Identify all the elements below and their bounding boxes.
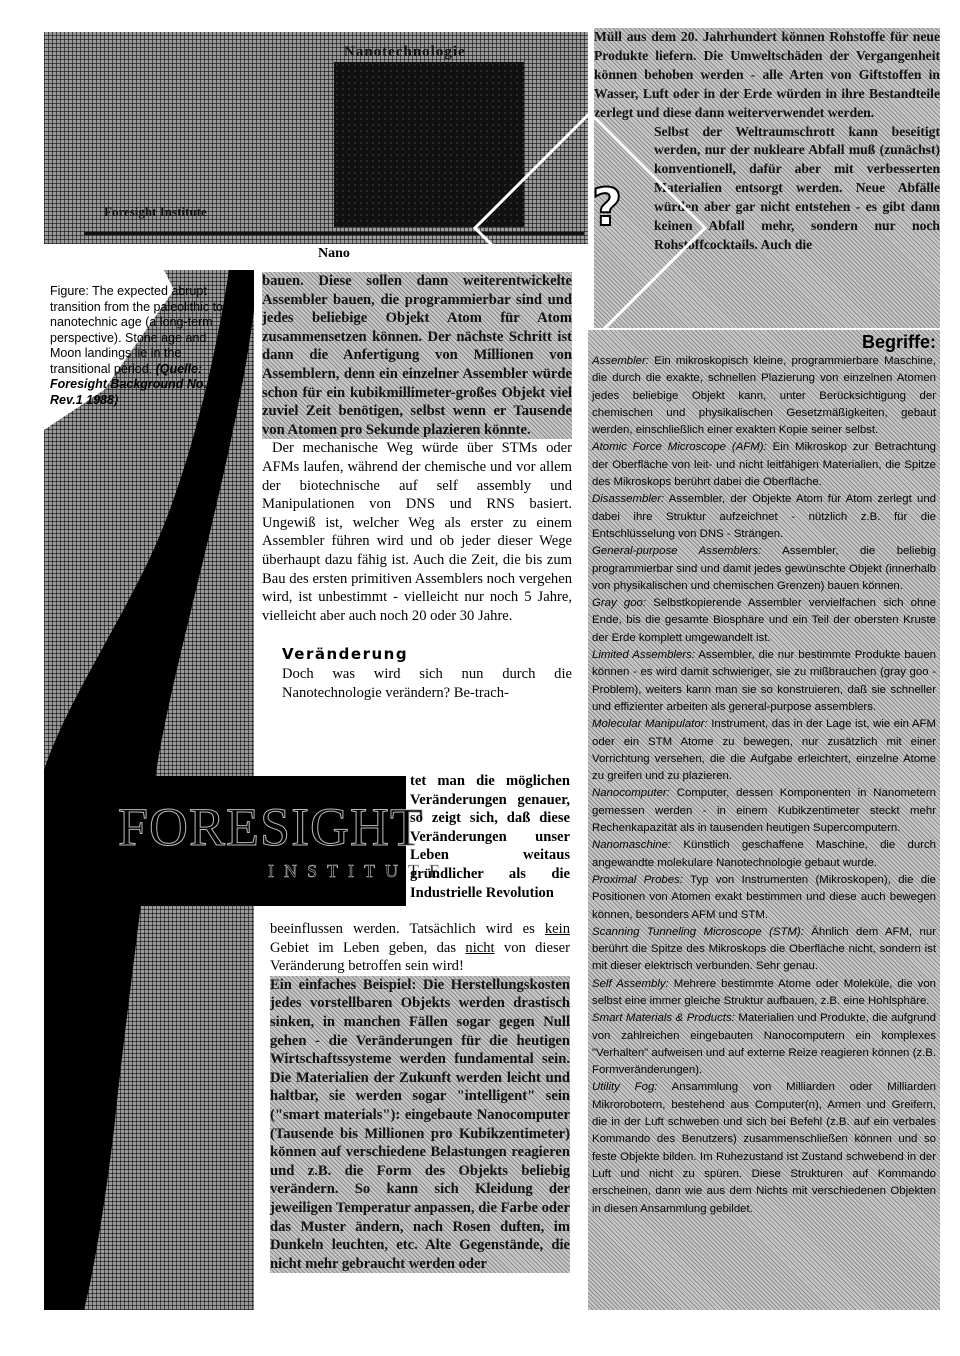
glossary-entry: Atomic Force Microscope (AFM): Ein Mikro… xyxy=(588,439,940,491)
paragraph: Müll aus dem 20. Jahrhundert können Rohs… xyxy=(594,28,940,123)
emphasis-nicht: nicht xyxy=(465,940,494,956)
banner-subtitle: Foresight Institute xyxy=(104,204,207,220)
glossary-entry: Smart Materials & Products: Materialien … xyxy=(588,1010,940,1079)
paragraph: bauen. Diese sollen dann weiterentwickel… xyxy=(262,272,572,439)
paragraph: Ein einfaches Beispiel: Die Herstellungs… xyxy=(270,976,570,1274)
paragraph: Selbst der Weltraumschrott kann beseitig… xyxy=(594,123,940,255)
wrap-text: tet man die möglichen Veränderungen gena… xyxy=(410,772,570,902)
middle-lower-text: beeinflussen werden. Tatsächlich wird es… xyxy=(270,920,570,1273)
top-banner-image: Nanotechnologie Foresight Institute xyxy=(44,32,588,244)
banner-title: Nanotechnologie xyxy=(344,44,466,61)
foresight-logo: FORESIGHT INSTITUTE xyxy=(88,776,406,906)
banner-divider xyxy=(84,232,584,235)
glossary-column: Begriffe: Assembler: Ein mikroskopisch k… xyxy=(588,330,940,1310)
figure-caption: Figure: The expected abrupt transition f… xyxy=(50,284,240,408)
glossary-title: Begriffe: xyxy=(588,332,936,353)
glossary-entry: Utility Fog: Ansammlung von Milliarden o… xyxy=(588,1079,940,1217)
glossary-entry: Scanning Tunneling Microscope (STM): Ähn… xyxy=(588,924,940,976)
paragraph: beeinflussen werden. Tatsächlich wird es… xyxy=(270,920,570,976)
logo-wordmark: FORESIGHT xyxy=(118,796,424,858)
banner-small-label: Nano xyxy=(318,246,350,262)
right-top-text: Müll aus dem 20. Jahrhundert können Rohs… xyxy=(594,28,940,255)
right-top-column: Müll aus dem 20. Jahrhundert können Rohs… xyxy=(594,28,940,328)
intro-lines: Doch was wird sich nun durch die Nanotec… xyxy=(262,665,572,702)
middle-column: bauen. Diese sollen dann weiterentwickel… xyxy=(262,272,572,702)
glossary-entry: Assembler: Ein mikroskopisch kleine, pro… xyxy=(588,353,940,439)
emphasis-kein: kein xyxy=(545,921,570,937)
glossary-entry: Nanocomputer: Computer, dessen Komponent… xyxy=(588,785,940,837)
section-heading: Veränderung xyxy=(282,645,572,663)
question-mark-icon: ? xyxy=(592,178,622,238)
glossary-entry: Gray goo: Selbstkopierende Assembler ver… xyxy=(588,595,940,647)
glossary-entry: Nanomaschine: Künstlich geschaffene Masc… xyxy=(588,837,940,872)
glossary-entry: Limited Assemblers: Assembler, die nur b… xyxy=(588,647,940,716)
glossary-list: Assembler: Ein mikroskopisch kleine, pro… xyxy=(588,353,940,1218)
paragraph: Der mechanische Weg würde über STMs oder… xyxy=(262,439,572,625)
banner-dark-image xyxy=(334,62,524,227)
glossary-entry: Self Assembly: Mehrere bestimmte Atome o… xyxy=(588,976,940,1011)
glossary-entry: Disassembler: Assembler, der Objekte Ato… xyxy=(588,491,940,543)
glossary-entry: General-purpose Assemblers: Assembler, d… xyxy=(588,543,940,595)
glossary-entry: Proximal Probes: Typ von Instrumenten (M… xyxy=(588,872,940,924)
glossary-entry: Molecular Manipulator: Instrument, das i… xyxy=(588,716,940,785)
